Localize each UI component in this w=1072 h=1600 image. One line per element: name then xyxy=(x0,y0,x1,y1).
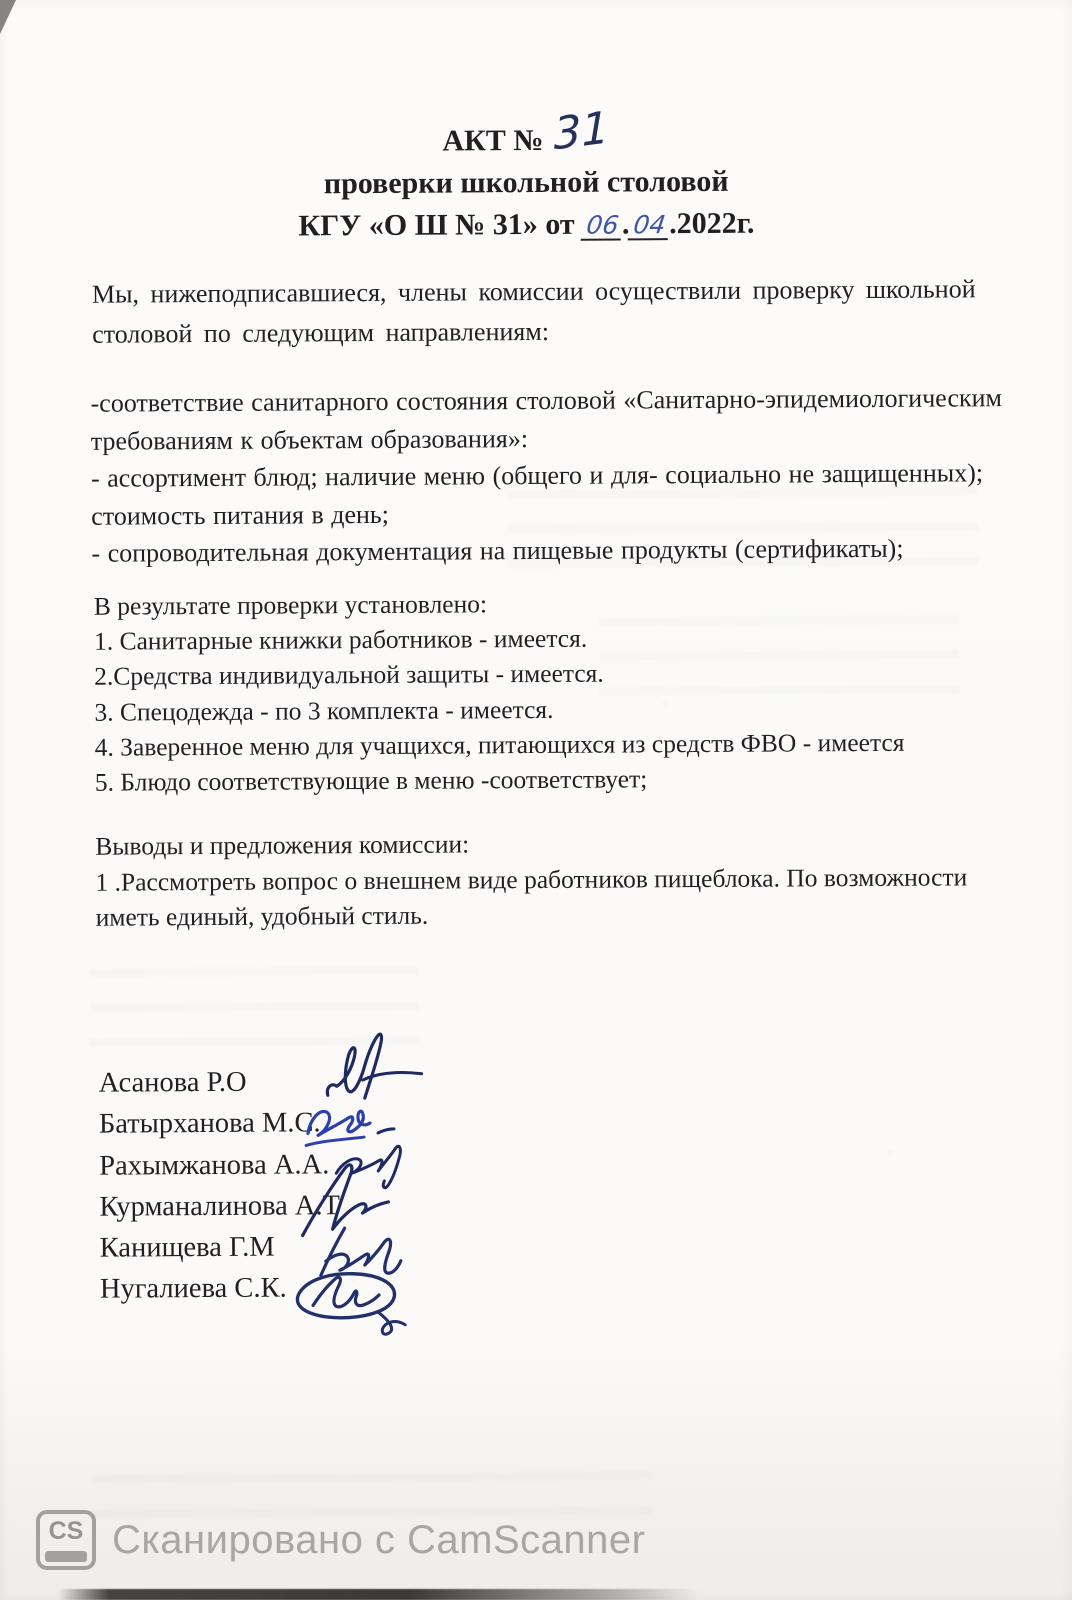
handwritten-date-month: 04 xyxy=(628,212,672,240)
bleed-through-artifact xyxy=(599,593,960,705)
signature-nugalieva xyxy=(287,1251,420,1342)
camscanner-logo-letters: CS xyxy=(40,1514,92,1548)
document-content: АКТ №31 проверки школьной столовой КГУ «… xyxy=(0,0,1072,1600)
conclusions-heading: Выводы и предложения комиссии: xyxy=(95,823,995,864)
camscanner-logo-icon: CS xyxy=(36,1510,96,1570)
scan-edge-artifact xyxy=(58,1589,698,1600)
conclusion-line: иметь единый, удобный стиль. xyxy=(96,894,996,935)
bleed-through-artifact xyxy=(89,945,420,1062)
intro-line: Мы, нижеподписавшиеся, члены комиссии ос… xyxy=(92,269,992,314)
camscanner-watermark: CS Сканировано с CamScanner xyxy=(36,1510,645,1570)
inspection-line: -соответствие санитарного состояния стол… xyxy=(90,379,1000,422)
document-title-line: АКТ №31 xyxy=(0,117,1056,165)
scanned-document-page: АКТ №31 проверки школьной столовой КГУ «… xyxy=(0,0,1072,1600)
document-org-date-line: КГУ «О Ш № 31» от 06.04.2022г. xyxy=(0,201,1057,249)
inspection-line: требованиям к объектам образования»: xyxy=(91,417,1001,460)
handwritten-act-number: 31 xyxy=(553,128,609,135)
date-year: .2022г. xyxy=(669,207,754,241)
camscanner-logo-bar xyxy=(45,1551,87,1562)
conclusion-line: 1 .Рассмотреть вопрос о внешнем виде раб… xyxy=(95,859,995,900)
document-title: АКТ № xyxy=(442,124,543,158)
document-subtitle: проверки школьной столовой xyxy=(0,159,1056,207)
document-header: АКТ №31 проверки школьной столовой КГУ «… xyxy=(0,117,1069,250)
camscanner-watermark-text: Сканировано с CamScanner xyxy=(112,1518,645,1563)
conclusions-section: Выводы и предложения комиссии: 1 .Рассмо… xyxy=(95,823,996,935)
handwritten-date-day: 06 xyxy=(580,212,624,240)
bleed-through-artifact xyxy=(508,465,979,568)
result-item: 4. Заверенное меню для учащихся, питающи… xyxy=(95,724,1005,765)
org-name: КГУ «О Ш № 31» от xyxy=(298,208,574,243)
result-item: 5. Блюдо соответствующие в меню -соответ… xyxy=(95,759,1005,800)
intro-paragraph: Мы, нижеподписавшиеся, члены комиссии ос… xyxy=(92,269,992,354)
intro-line: столовой по следующим направлениям: xyxy=(92,309,992,354)
